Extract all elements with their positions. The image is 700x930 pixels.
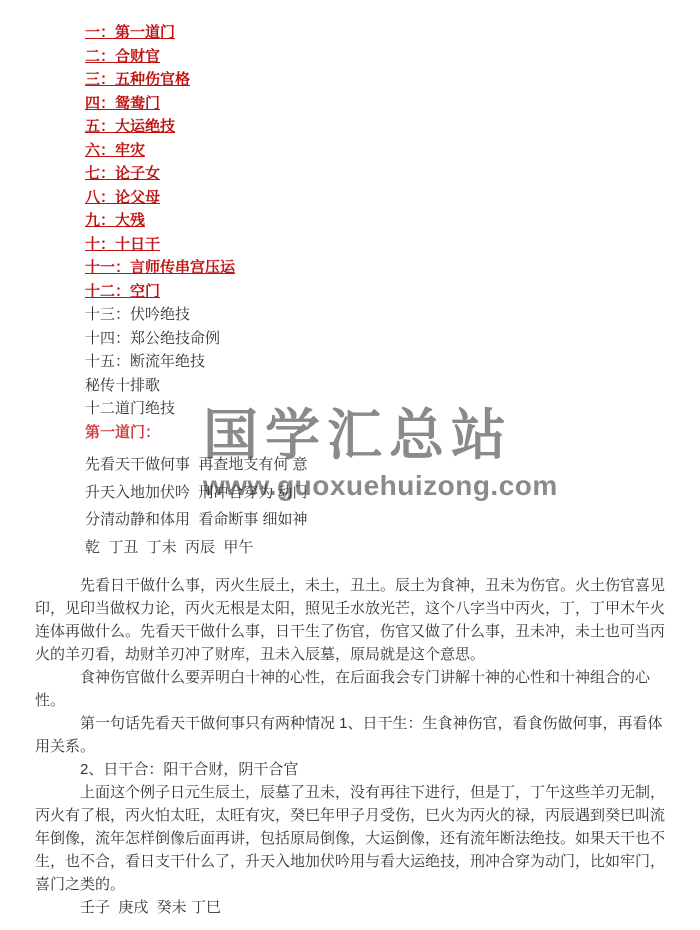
toc-link-gate-3[interactable]: 三：五种伤官格 [85, 68, 670, 92]
toc-link-gate-5[interactable]: 五：大运绝技 [85, 115, 670, 139]
toc-item-twelve-gates: 十二道门绝技 [85, 397, 670, 421]
toc-link-gate-8[interactable]: 八：论父母 [85, 186, 670, 210]
verse-line-bazi-chart: 乾 丁丑 丁未 丙辰 甲午 [85, 534, 670, 562]
paragraph: 第一句话先看天干做何事只有两种情况 1、日干生：生食神伤官，看食伤做何事，再看体… [35, 712, 670, 758]
verse-block: 先看天干做何事 再查地支有何 意 升天入地加伏吟 刑冲合穿为 动门 分清动静和体… [85, 451, 670, 561]
toc-link-gate-2[interactable]: 二：合财官 [85, 45, 670, 69]
toc-link-gate-6[interactable]: 六：牢灾 [85, 139, 670, 163]
toc-link-gate-11[interactable]: 十一：言师传串宫压运 [85, 256, 670, 280]
toc-item-secret-song: 秘传十排歌 [85, 374, 670, 398]
section-heading-first-gate: 第一道门： [85, 421, 670, 445]
toc-link-gate-10[interactable]: 十：十日干 [85, 233, 670, 257]
paragraph: 先看日干做什么事，丙火生辰土，未土，丑土。辰土为食神，丑未为伤官。火土伤官喜见印… [35, 574, 670, 666]
paragraph: 食神伤官做什么要弄明白十神的心性，在后面我会专门讲解十神的心性和十神组合的心性。 [35, 666, 670, 712]
paragraph: 2、日干合：阳干合财，阴干合官 [35, 758, 670, 781]
paragraph-bazi-chart: 壬子 庚戌 癸未 丁巳 [35, 896, 670, 919]
toc-link-gate-4[interactable]: 四：鸳鸯门 [85, 92, 670, 116]
document-content: 一：第一道门 二：合财官 三：五种伤官格 四：鸳鸯门 五：大运绝技 六：牢灾 七… [0, 0, 700, 919]
toc-item-gate-15: 十五：断流年绝技 [85, 350, 670, 374]
toc-item-gate-14: 十四：郑公绝技命例 [85, 327, 670, 351]
table-of-contents: 一：第一道门 二：合财官 三：五种伤官格 四：鸳鸯门 五：大运绝技 六：牢灾 七… [85, 21, 670, 421]
toc-link-gate-7[interactable]: 七：论子女 [85, 162, 670, 186]
toc-link-gate-9[interactable]: 九：大残 [85, 209, 670, 233]
toc-link-gate-1[interactable]: 一：第一道门 [85, 21, 670, 45]
body-text: 先看日干做什么事，丙火生辰土，未土，丑土。辰土为食神，丑未为伤官。火土伤官喜见印… [35, 574, 670, 919]
verse-line: 升天入地加伏吟 刑冲合穿为 动门 [85, 479, 670, 507]
document-page: 国学汇总站 www.guoxuehuizong.com 一：第一道门 二：合财官… [0, 0, 700, 930]
toc-link-gate-12[interactable]: 十二：空门 [85, 280, 670, 304]
verse-line: 分清动静和体用 看命断事 细如神 [85, 506, 670, 534]
verse-line: 先看天干做何事 再查地支有何 意 [85, 451, 670, 479]
toc-item-gate-13: 十三：伏吟绝技 [85, 303, 670, 327]
paragraph: 上面这个例子日元生辰土，辰墓了丑未，没有再往下进行，但是丁，丁午这些羊刃无制，丙… [35, 781, 670, 896]
